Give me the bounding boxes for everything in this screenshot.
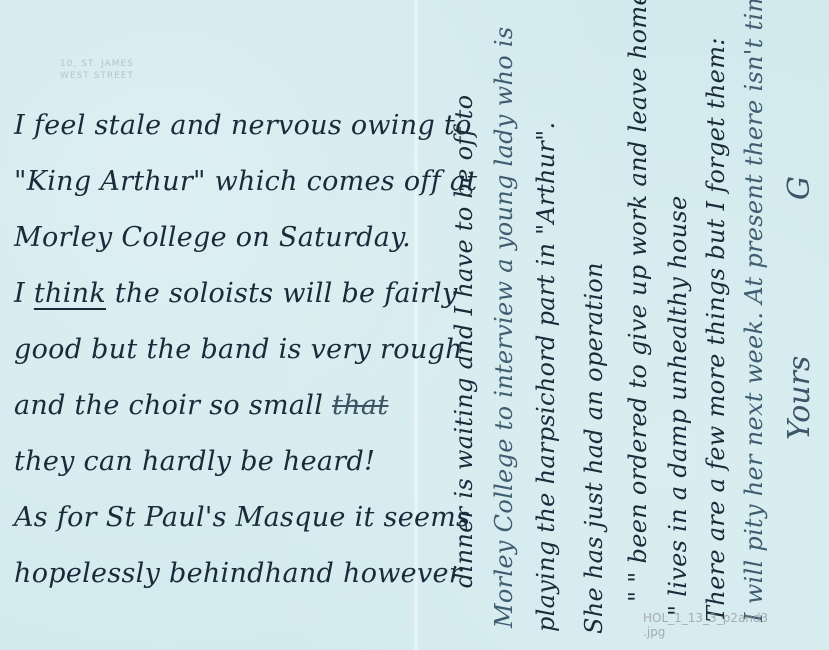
left-line-1: I feel stale and nervous owing to [14, 98, 414, 154]
right-line-3: playing the harpsichord part in "Arthur"… [532, 122, 560, 632]
right-line-8: I will pity her next week. At present th… [740, 0, 768, 622]
left-line-2: "King Arthur" which comes off at [14, 154, 414, 210]
right-line-4: She has just had an operation [580, 262, 608, 634]
watermark-line-1: HOL_1_13_3_p2and3 [643, 611, 768, 625]
rotated-text-block: dinner is waiting and I have to be off t… [432, 0, 829, 650]
right-line-1: dinner is waiting and I have to be off t… [450, 95, 478, 588]
left-line-4-rest: the soloists will be fairly [106, 278, 458, 309]
right-line-7: There are a few more things but I forget… [702, 37, 730, 622]
right-line-2: Morley College to interview a young lady… [490, 27, 518, 628]
left-line-3: Morley College on Saturday. [14, 210, 414, 266]
right-page: dinner is waiting and I have to be off t… [432, 0, 829, 650]
left-line-9: hopelessly behindhand however [14, 546, 414, 602]
signoff-yours: Yours [782, 356, 817, 440]
left-line-5: good but the band is very rough [14, 322, 414, 378]
letterhead-line-1: 10, ST. JAMES [60, 58, 134, 70]
left-line-6: and the choir so small that [14, 378, 414, 434]
watermark-line-2: .jpg [643, 625, 768, 639]
filename-watermark: HOL_1_13_3_p2and3 .jpg [643, 611, 768, 639]
letterhead-line-2: WEST STREET [60, 70, 134, 82]
letter-spread: 10, ST. JAMES WEST STREET I feel stale a… [0, 0, 829, 650]
right-line-5: " " been ordered to give up work and lea… [624, 0, 652, 602]
signoff-initial: G [782, 176, 817, 200]
underlined-word: think [34, 278, 106, 309]
right-line-6: " lives in a damp unhealthy house [664, 196, 692, 616]
left-page: I feel stale and nervous owing to "King … [14, 98, 414, 602]
faded-letterhead: 10, ST. JAMES WEST STREET [60, 58, 134, 82]
left-line-4-prefix: I [14, 278, 34, 309]
left-line-6-text: and the choir so small [14, 390, 332, 421]
left-line-7: they can hardly be heard! [14, 434, 414, 490]
left-line-8: As for St Paul's Masque it seems [14, 490, 414, 546]
left-line-4: I think the soloists will be fairly [14, 266, 414, 322]
struck-word: that [332, 390, 388, 421]
